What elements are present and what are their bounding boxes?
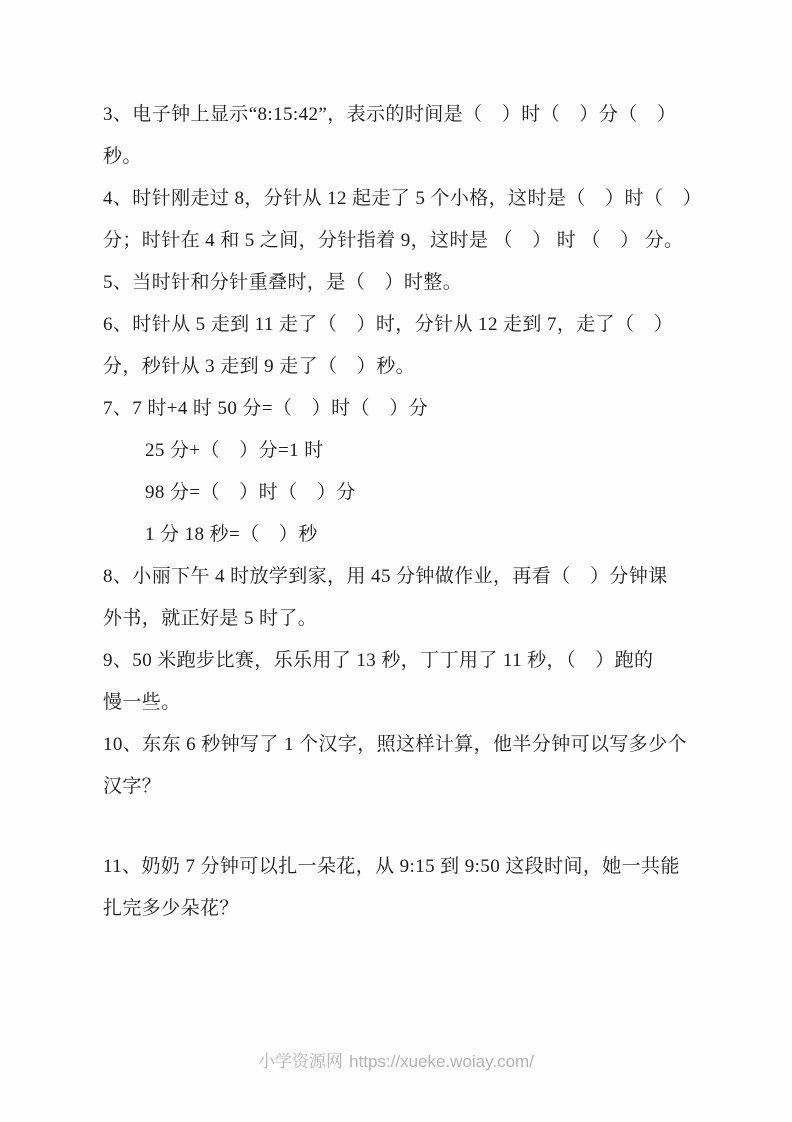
questions-list: 3、电子钟上显示“8:15:42”，表示的时间是（ ）时（ ）分（ ） 秒。 4… [103,94,703,930]
question-11: 11、奶奶 7 分钟可以扎一朵花，从 9:15 到 9:50 这段时间，她一共能… [103,846,703,930]
question-line: 6、时针从 5 走到 11 走了（ ）时，分针从 12 走到 7，走了（ ） [103,304,703,346]
question-line: 分；时针在 4 和 5 之间，分针指着 9，这时是 （ ） 时 （ ） 分。 [103,220,703,262]
worksheet-page: 3、电子钟上显示“8:15:42”，表示的时间是（ ）时（ ）分（ ） 秒。 4… [0,0,792,1122]
question-subline: 1 分 18 秒=（ ）秒 [103,514,703,556]
question-line: 9、50 米跑步比赛，乐乐用了 13 秒，丁丁用了 11 秒，（ ）跑的 [103,640,703,682]
question-10: 10、东东 6 秒钟写了 1 个汉字，照这样计算，他半分钟可以写多少个 汉字？ [103,724,703,808]
question-line: 7、7 时+4 时 50 分=（ ）时（ ）分 [103,388,703,430]
question-line: 慢一些。 [103,682,703,724]
question-3: 3、电子钟上显示“8:15:42”，表示的时间是（ ）时（ ）分（ ） 秒。 [103,94,703,178]
question-5: 5、当时针和分针重叠时，是（ ）时整。 [103,262,703,304]
question-line: 扎完多少朵花？ [103,888,703,930]
question-line: 11、奶奶 7 分钟可以扎一朵花，从 9:15 到 9:50 这段时间，她一共能 [103,846,703,888]
question-line: 8、小丽下午 4 时放学到家，用 45 分钟做作业，再看（ ）分钟课 [103,556,703,598]
question-4: 4、时针刚走过 8，分针从 12 起走了 5 个小格，这时是（ ）时（ ） 分；… [103,178,703,262]
question-line: 3、电子钟上显示“8:15:42”，表示的时间是（ ）时（ ）分（ ） [103,94,703,136]
question-subline: 98 分=（ ）时（ ）分 [103,472,703,514]
question-6: 6、时针从 5 走到 11 走了（ ）时，分针从 12 走到 7，走了（ ） 分… [103,304,703,388]
footer: 小学资源网https://xueke.woiay.com/ [0,1050,792,1074]
footer-url: https://xueke.woiay.com/ [349,1052,534,1071]
question-line: 汉字？ [103,766,703,808]
question-9: 9、50 米跑步比赛，乐乐用了 13 秒，丁丁用了 11 秒，（ ）跑的 慢一些… [103,640,703,724]
question-line: 10、东东 6 秒钟写了 1 个汉字，照这样计算，他半分钟可以写多少个 [103,724,703,766]
question-7: 7、7 时+4 时 50 分=（ ）时（ ）分 25 分+（ ）分=1 时 98… [103,388,703,556]
question-subline: 25 分+（ ）分=1 时 [103,430,703,472]
question-8: 8、小丽下午 4 时放学到家，用 45 分钟做作业，再看（ ）分钟课 外书，就正… [103,556,703,640]
question-line: 秒。 [103,136,703,178]
question-line: 分，秒针从 3 走到 9 走了（ ）秒。 [103,346,703,388]
question-line: 4、时针刚走过 8，分针从 12 起走了 5 个小格，这时是（ ）时（ ） [103,178,703,220]
footer-site-name: 小学资源网 [258,1052,343,1071]
question-line: 5、当时针和分针重叠时，是（ ）时整。 [103,262,703,304]
question-line: 外书，就正好是 5 时了。 [103,598,703,640]
